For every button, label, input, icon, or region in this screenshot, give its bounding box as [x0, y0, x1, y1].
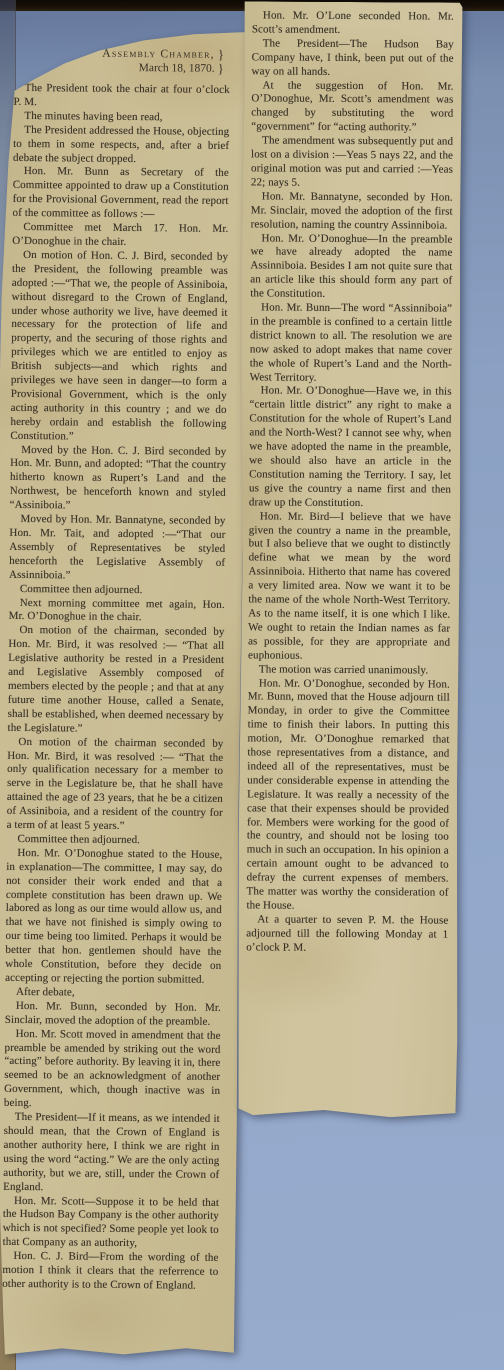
left-column-text: The President took the chair at four o’c…	[2, 82, 230, 1294]
paragraph: Hon. Mr. O’Donoghue, seconded by Hon. Mr…	[246, 677, 449, 915]
dateline-text: Assembly Chamber, March 18, 1870.	[102, 47, 215, 76]
right-column-text: Hon. Mr. O’Lone seconded Hon. Mr. Scott’…	[246, 9, 454, 956]
paragraph: The President—The Hudson Bay Company hav…	[252, 37, 454, 80]
paragraph: At the suggestion of Hon. Mr. O’Donoghue…	[251, 79, 453, 136]
paragraph: Hon. Mr. Bird—I believe that we have giv…	[248, 510, 451, 664]
left-column: Assembly Chamber, March 18, 1870. } } Th…	[0, 30, 248, 1304]
paragraph: Hon. Mr. Bannatyne, seconded by Hon. Mr.…	[251, 190, 453, 233]
newspaper-clipping-left: Assembly Chamber, March 18, 1870. } } Th…	[0, 30, 248, 1358]
paragraph: Hon. C. J. Bird—From the wording of the …	[2, 1250, 218, 1294]
paragraph: Committee then adjourned.	[9, 582, 225, 598]
newspaper-clipping-right: Hon. Mr. O’Lone seconded Hon. Mr. Scott’…	[235, 1, 464, 1118]
dateline-place: Assembly Chamber,	[102, 47, 215, 62]
paragraph: The President—If it means, as we intende…	[3, 1111, 220, 1197]
paragraph: Moved by Hon. Mr. Bannatyne, seconded by…	[9, 513, 226, 585]
newspaper-clipping-left-shadow: Assembly Chamber, March 18, 1870. } } Th…	[0, 32, 248, 1358]
paragraph: Committee met March 17. Hon. Mr. O’Donog…	[12, 221, 228, 251]
paragraph: Hon. Mr. O’Donoghue—Have we, in this “ce…	[249, 385, 452, 511]
paragraph: Hon. Mr. Bunn—The word “Assinniboia” in …	[250, 301, 453, 386]
paragraph: Hon. Mr. Bunn as Secretary of the Commit…	[12, 165, 229, 223]
paragraph: The amendment was subsequently put and l…	[251, 135, 453, 192]
paragraph: The President addressed the House, objec…	[13, 124, 229, 168]
newspaper-clipping-right-shadow: Hon. Mr. O’Lone seconded Hon. Mr. Scott’…	[242, 2, 464, 1118]
paragraph: Hon. Mr. O’Donoghue stated to the House,…	[5, 847, 222, 988]
right-column: Hon. Mr. O’Lone seconded Hon. Mr. Scott’…	[236, 1, 464, 964]
paragraph: Hon. Mr. O’Lone seconded Hon. Mr. Scott’…	[252, 9, 454, 38]
paragraph: Hon. Mr. Scott moved in amendment that t…	[4, 1027, 221, 1113]
paragraph: On motion of Hon. C. J. Bird, seconded b…	[10, 249, 228, 446]
dateline-date: March 18, 1870.	[102, 61, 215, 76]
paragraph: Hon. Mr. O’Donoghue—In the preamble we h…	[250, 232, 452, 303]
brace-glyph: }	[218, 62, 224, 76]
paragraph: At a quarter to seven P. M. the House ad…	[246, 913, 448, 956]
paragraph: The President took the chair at four o’c…	[13, 82, 229, 112]
paragraph: Moved by the Hon. C. J. Bird seconded by…	[10, 443, 227, 515]
paragraph: Hon. Mr. Bunn, seconded by Hon. Mr. Sinc…	[5, 1000, 221, 1030]
brace-glyph: }	[218, 48, 224, 62]
paragraph: On motion of the chairman seconded by Ho…	[7, 735, 224, 834]
dateline: Assembly Chamber, March 18, 1870. } }	[14, 46, 224, 76]
paragraph: Next morning committee met again, Hon. M…	[9, 596, 225, 626]
photo-background: { "scene": { "description": "Photograph …	[0, 0, 504, 1370]
dateline-braces: } }	[218, 48, 225, 76]
paragraph: On motion of the chairman, seconded by H…	[7, 624, 224, 737]
paragraph: The motion was carried unanimously.	[248, 663, 450, 678]
paragraph: Hon. Mr. Scott—Suppose it to be held tha…	[3, 1194, 220, 1252]
